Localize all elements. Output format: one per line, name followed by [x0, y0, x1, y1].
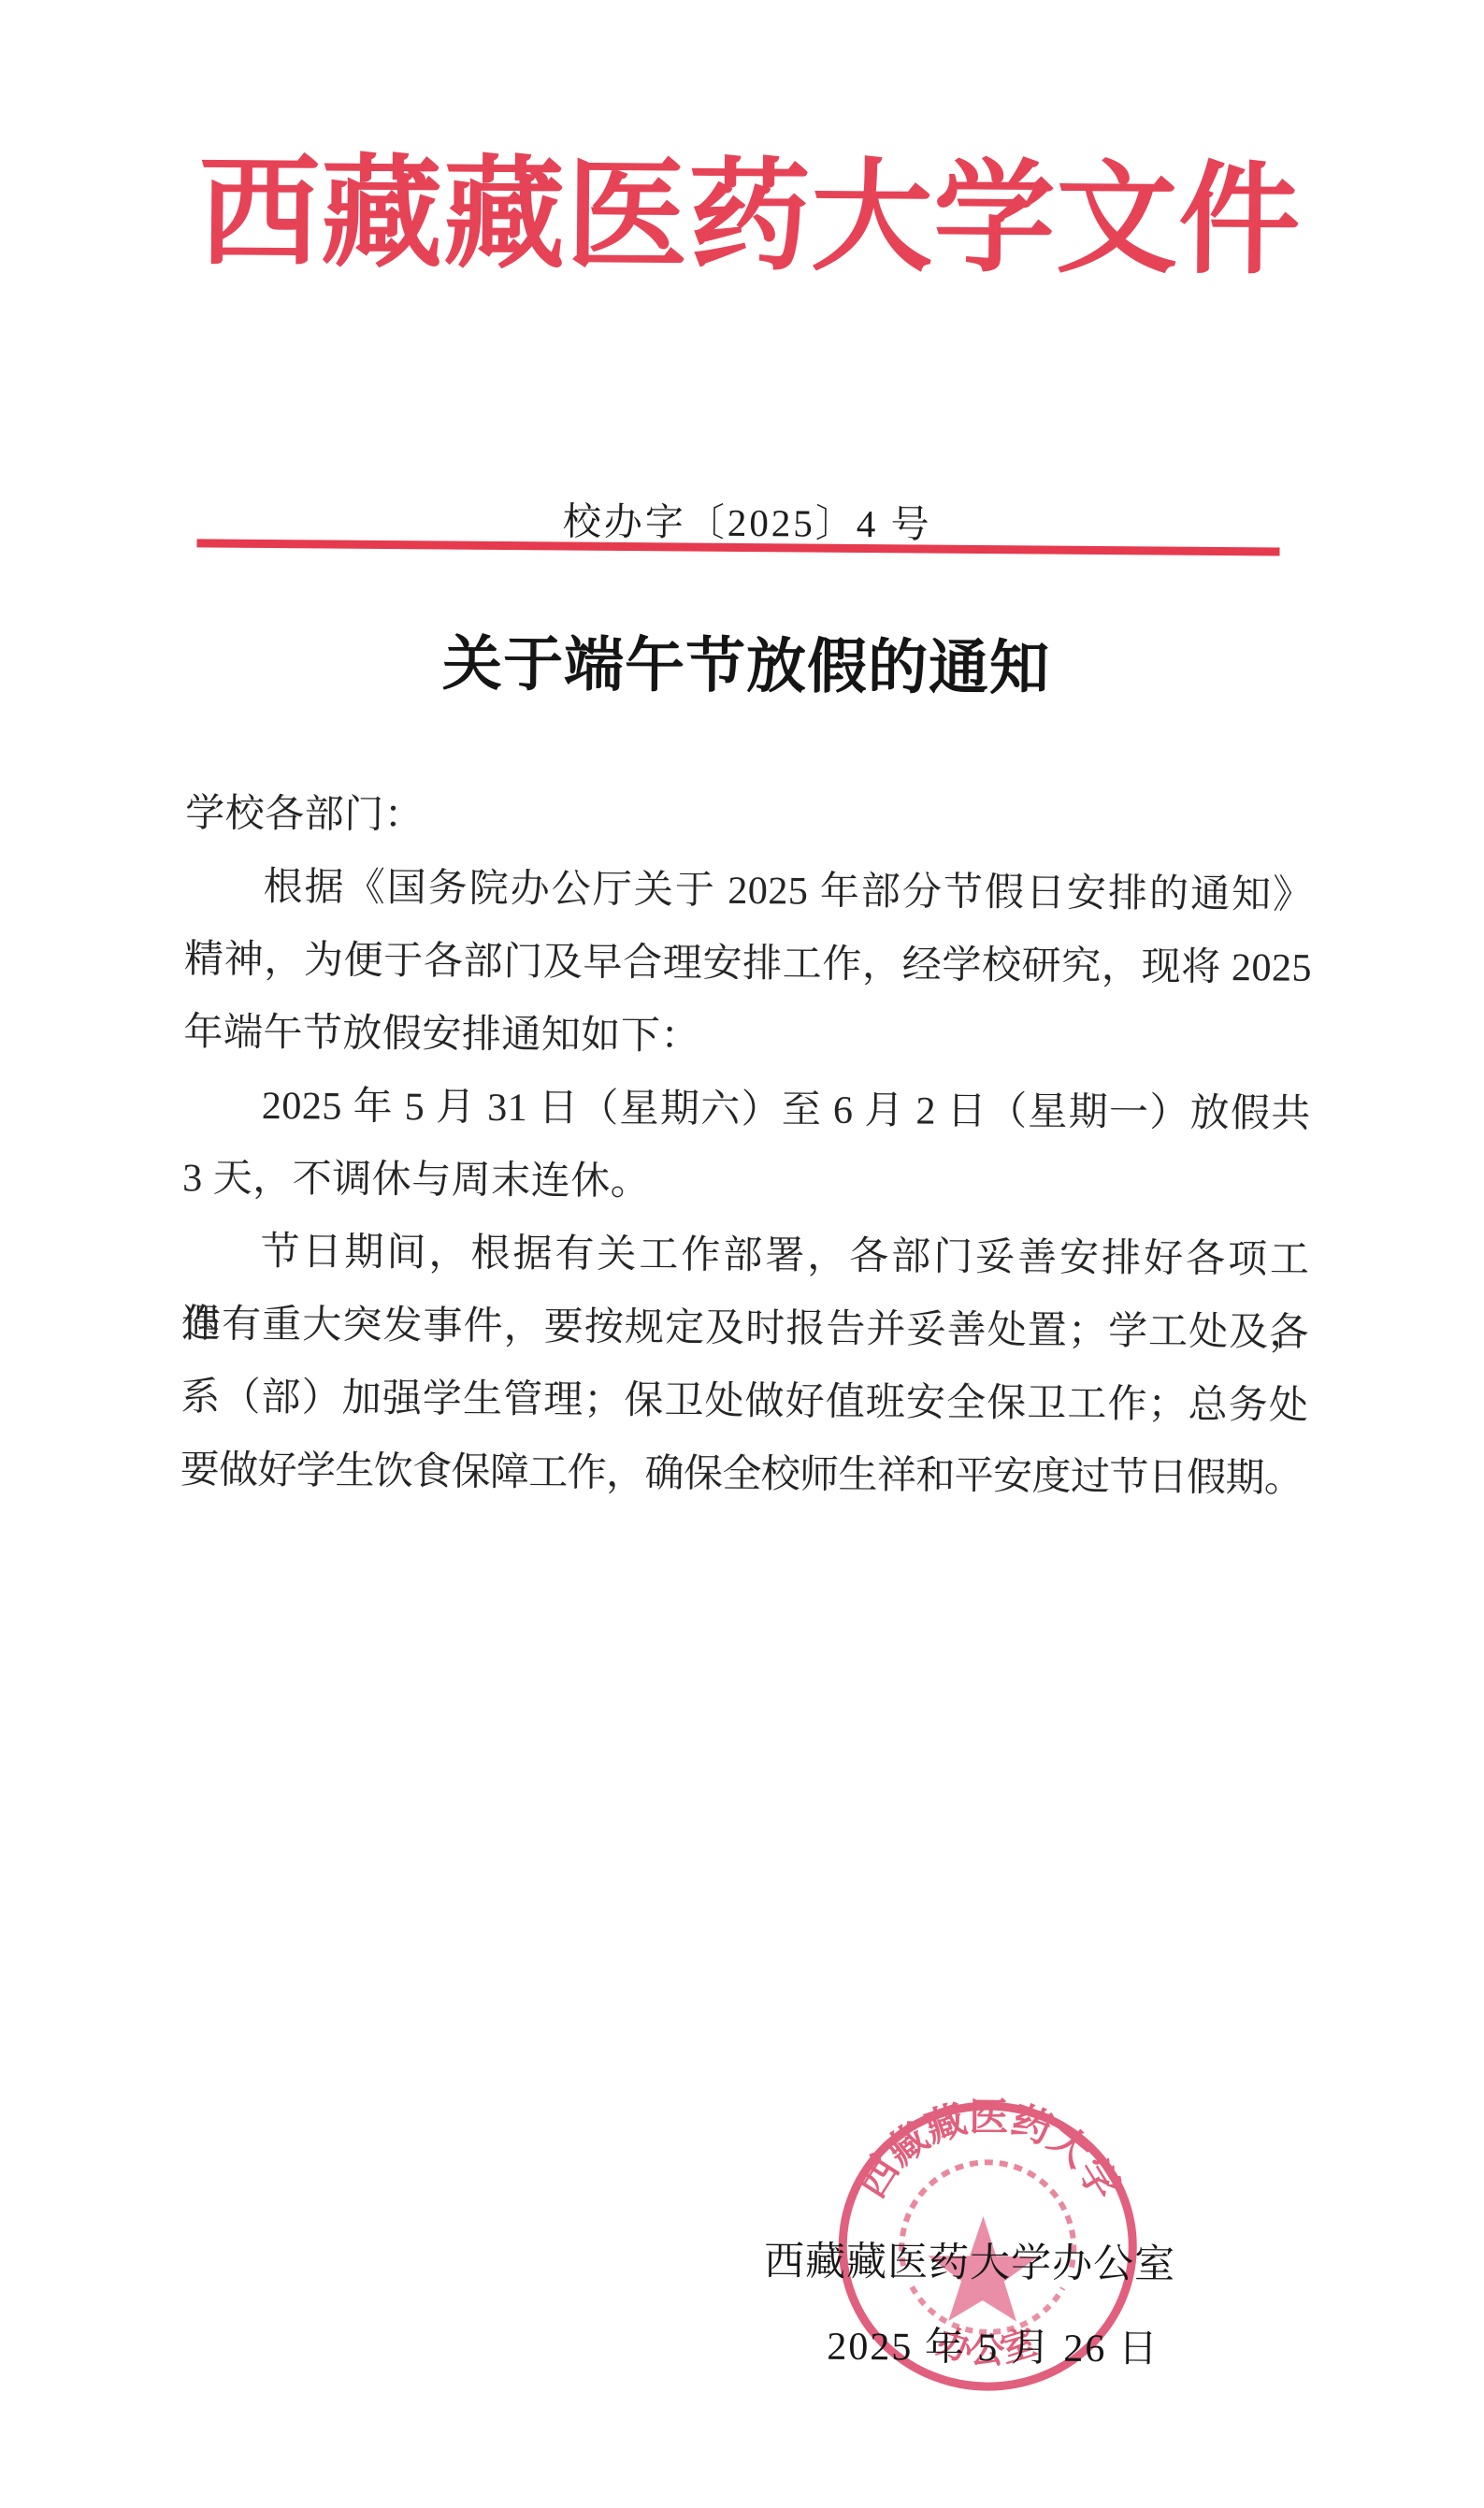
body-line: 要做好学生饮食保障工作，确保全校师生祥和平安度过节日假期。	[180, 1434, 1308, 1515]
signature-org: 西藏藏医药大学办公室	[764, 2237, 1175, 2290]
body-line: 年端午节放假安排通知如下：	[183, 996, 1312, 1077]
body-line: 系（部）加强学生管理；保卫处做好值班安全保卫工作；总务处	[180, 1361, 1309, 1442]
body-line: 遇有重大突发事件，要按规定及时报告并妥善处置；学工处及各	[181, 1288, 1310, 1369]
body-line: 2025 年 5 月 31 日（星期六）至 6 月 2 日（星期一）放假共	[183, 1069, 1312, 1150]
body-line: 精神，为便于各部门及早合理安排工作，经学校研究，现将 2025	[184, 923, 1313, 1004]
notice-body: 学校各部门： 根据《国务院办公厅关于 2025 年部分节假日安排的通知》 精神，…	[180, 777, 1313, 1515]
notice-title: 关于端午节放假的通知	[4, 625, 1484, 709]
body-line: 根据《国务院办公厅关于 2025 年部分节假日安排的通知》	[184, 850, 1313, 931]
svg-text:西藏藏医药大学: 西藏藏医药大学	[850, 2096, 1128, 2208]
body-line: 节日期间，根据有关工作部署，各部门妥善安排好各项工作，	[181, 1215, 1310, 1296]
body-line: 3 天，不调休与周末连休。	[182, 1142, 1311, 1223]
seal-ring-text-top: 西藏藏医药大学	[850, 2096, 1128, 2208]
body-line: 学校各部门：	[185, 777, 1314, 858]
document-page: 西藏藏医药大学文件 校办字〔2025〕4 号 关于端午节放假的通知 学校各部门：…	[0, 0, 1484, 2508]
red-header-title: 西藏藏医药大学文件	[7, 142, 1484, 294]
signature-date: 2025 年 5 月 26 日	[827, 2322, 1160, 2375]
scanned-sheet: 西藏藏医药大学文件 校办字〔2025〕4 号 关于端午节放假的通知 学校各部门：…	[0, 0, 1484, 2508]
